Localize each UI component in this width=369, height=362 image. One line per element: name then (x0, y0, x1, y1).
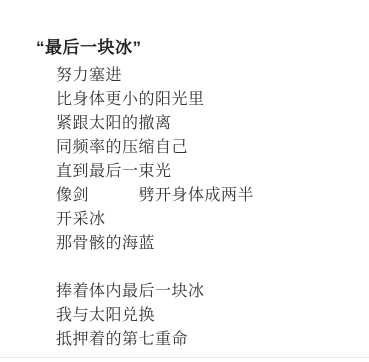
poem-page: “最后一块冰” 努力塞进 比身体更小的阳光里 紧跟太阳的撤离 同频率的压缩自己 … (0, 0, 369, 362)
poem-line: 像剑 劈开身体成两半 (56, 184, 369, 208)
poem-line: 那骨骸的海蓝 (56, 232, 369, 256)
poem-stanza-2: 捧着体内最后一块冰 我与太阳兑换 抵押着的第七重命 (56, 280, 369, 352)
poem-line: 同频率的压缩自己 (56, 136, 369, 160)
poem-line: 我与太阳兑换 (56, 304, 369, 328)
poem-title: “最后一块冰” (36, 38, 369, 58)
bottom-divider (0, 357, 369, 358)
poem-line: 比身体更小的阳光里 (56, 88, 369, 112)
poem-stanza-1: 努力塞进 比身体更小的阳光里 紧跟太阳的撤离 同频率的压缩自己 直到最后一束光 … (56, 64, 369, 256)
poem-line: 捧着体内最后一块冰 (56, 280, 369, 304)
poem-line: 紧跟太阳的撤离 (56, 112, 369, 136)
poem-line: 努力塞进 (56, 64, 369, 88)
poem-line: 抵押着的第七重命 (56, 328, 369, 352)
poem-line: 开采冰 (56, 208, 369, 232)
poem-line: 直到最后一束光 (56, 160, 369, 184)
